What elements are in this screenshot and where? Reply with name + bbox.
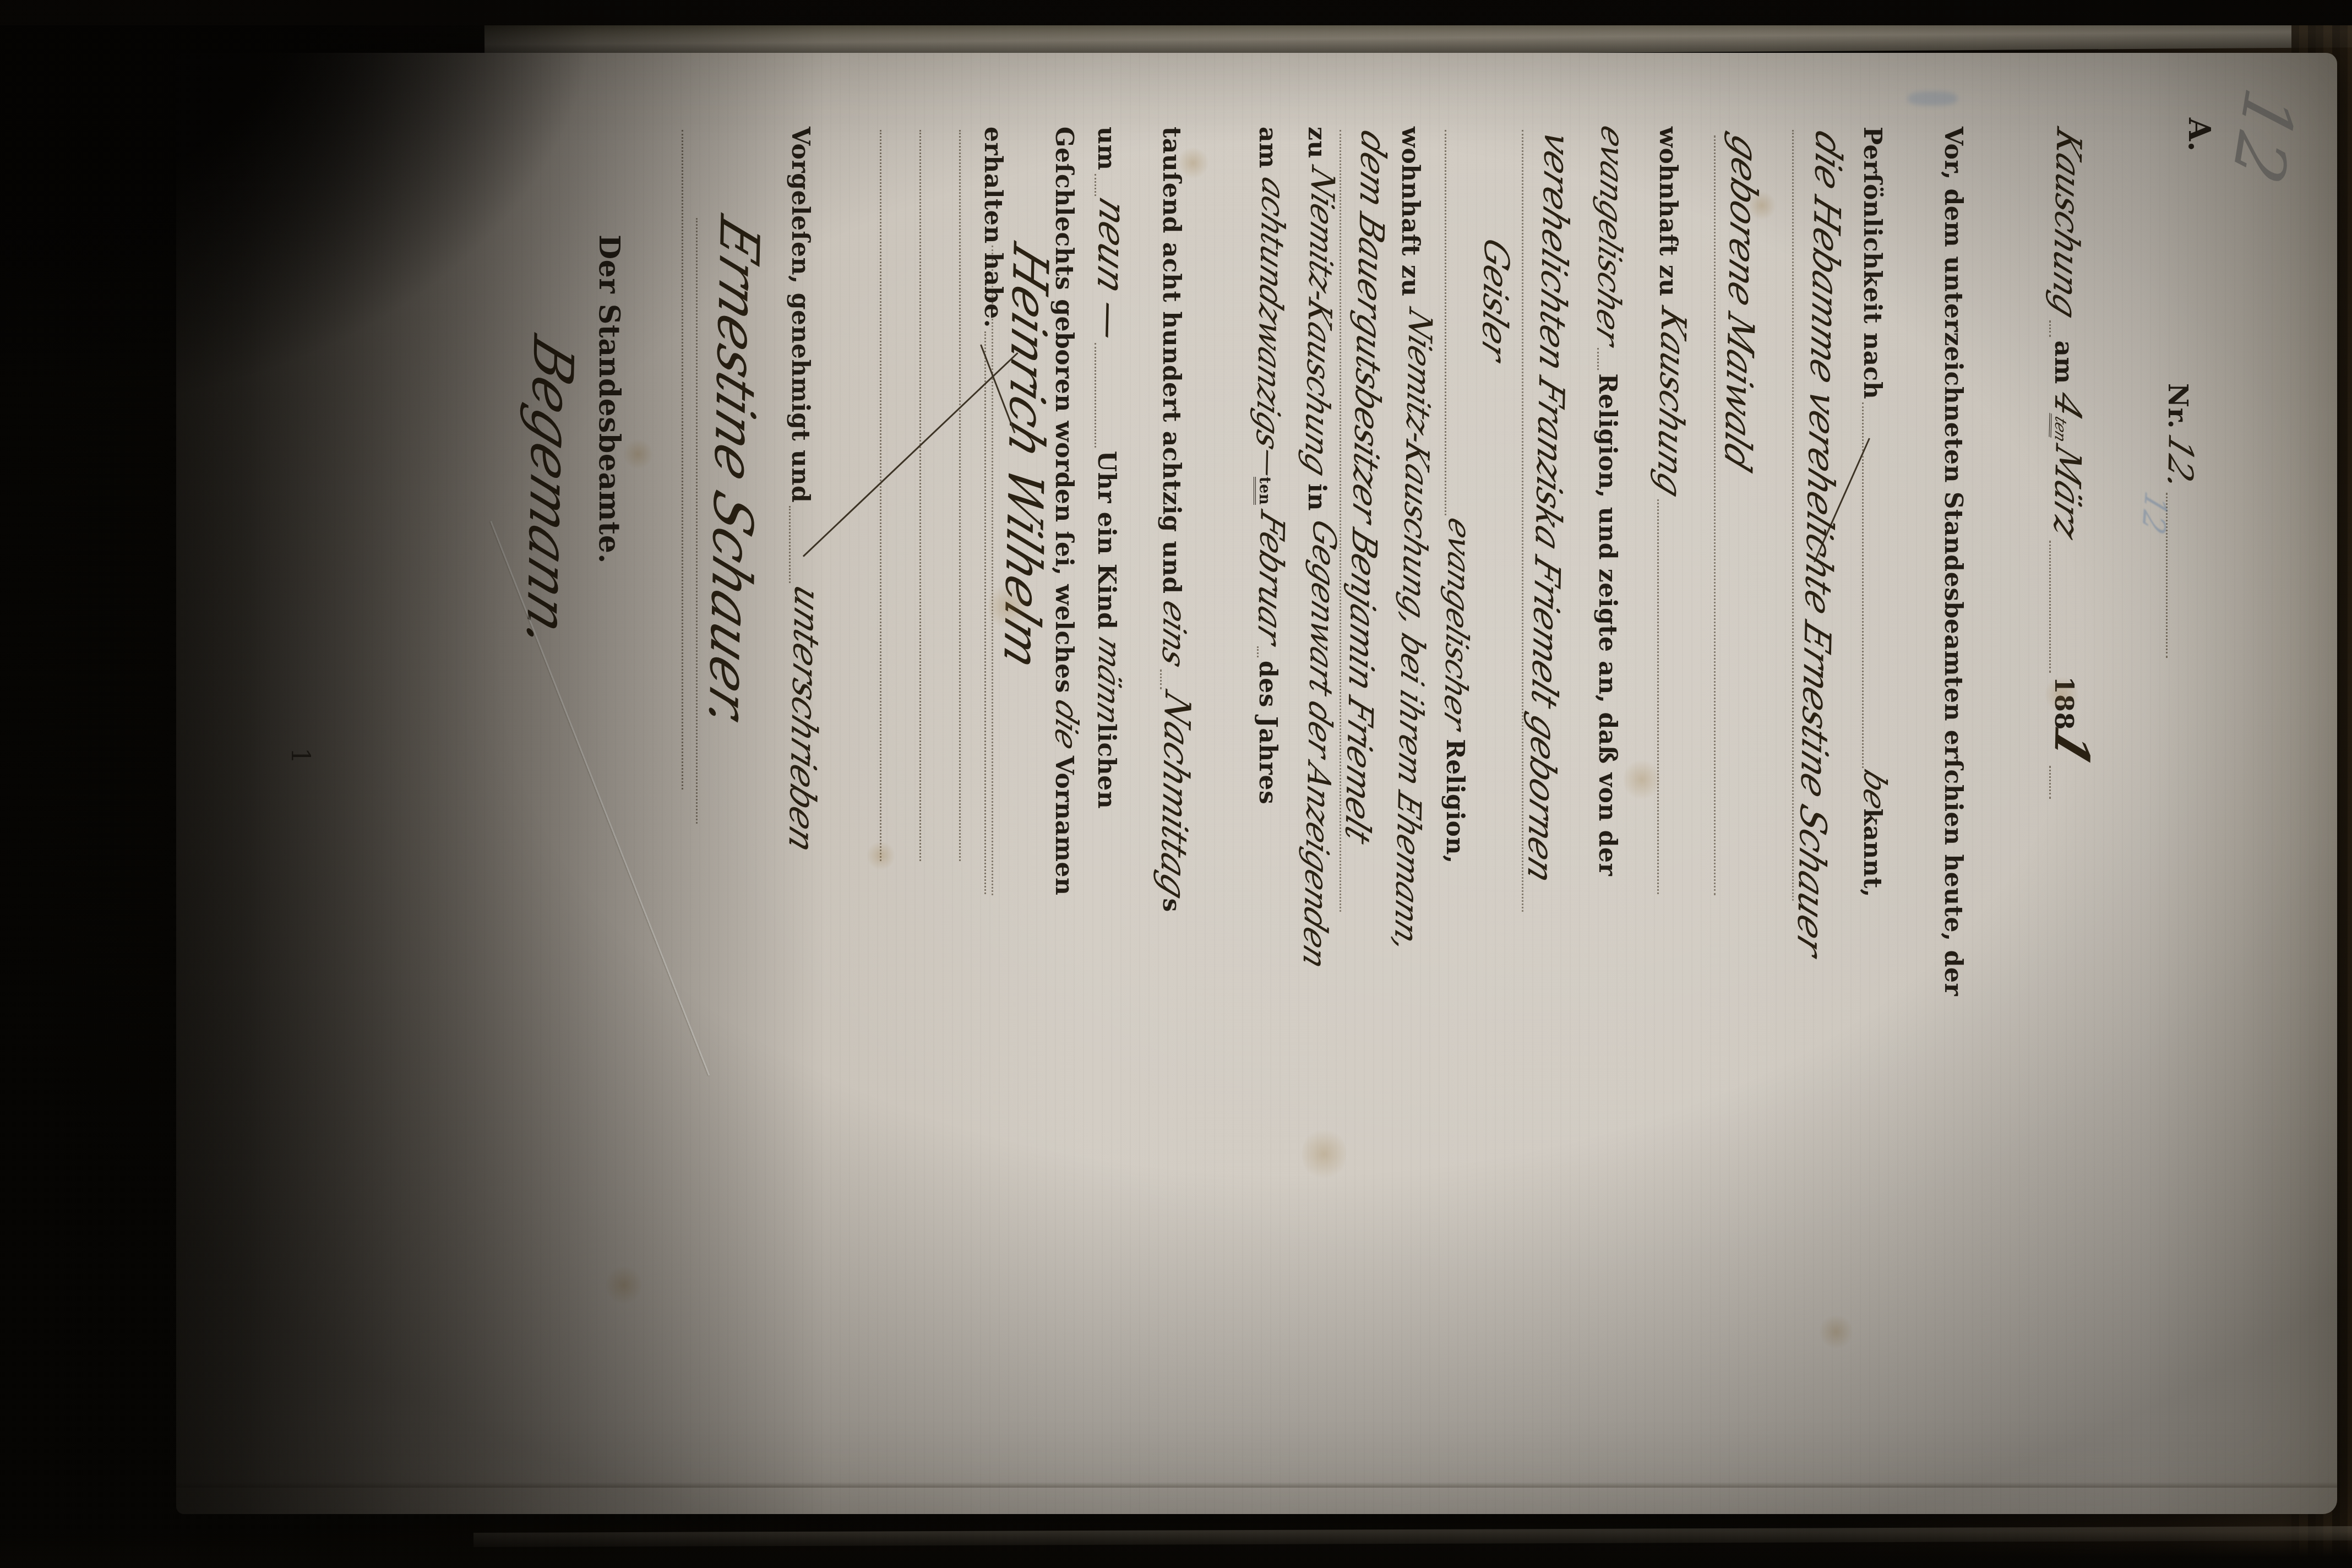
nr-label: Nr.	[2162, 383, 2193, 429]
erhalten-dots	[984, 331, 986, 894]
religion-printed: Religion,	[1441, 739, 1469, 864]
empty-dots-4	[682, 130, 683, 790]
declarant-signature-line: Ernestine Schauer.	[696, 218, 765, 824]
empty-rule-1	[954, 127, 961, 864]
daytime-hand: Nachmittag	[1152, 685, 1197, 906]
birthplace-line: zu Niemitz-Kauschung in Gegenwart der An…	[1301, 127, 1338, 914]
zu-label: zu	[1303, 127, 1331, 159]
foxing-stain	[606, 1264, 641, 1306]
empty-rule-3	[874, 127, 881, 864]
lichen-printed: lichen	[1092, 723, 1120, 809]
date-dots-2	[2049, 541, 2051, 673]
foxing-stain	[867, 840, 895, 871]
unterschrieben-hand: unterschrieben	[781, 579, 827, 858]
birth-hour-hand: neun —	[1087, 191, 1134, 348]
religion-zeigte-printed: Religion, und zeigte an, daß von der	[1593, 373, 1621, 876]
um-label: um	[1092, 127, 1120, 171]
mother-birthname-line: Geisler	[1476, 240, 1516, 360]
date-am-printed: am	[2049, 340, 2079, 384]
date-place-hand: Kauschung	[2045, 123, 2089, 325]
erhalten-printed: erhalten habe.	[979, 127, 1007, 328]
erhalten-line: erhalten habe.	[979, 127, 1007, 897]
year-word-hand: eins	[1155, 595, 1194, 674]
foxing-stain	[1820, 1314, 1853, 1350]
foxing-stain	[1624, 758, 1660, 802]
declarant-signature-hand: Ernestine Schauer.	[696, 208, 771, 739]
registrar-label-line: Der Standesbeamte.	[592, 235, 626, 564]
bottom-dark-band	[0, 1532, 2352, 1568]
bekannt-hand: be	[1856, 764, 1893, 815]
page-edge-fold	[176, 1482, 2337, 1488]
date-dots-1	[2049, 320, 2051, 337]
wohnhaft-zu-label: wohnhaft zu	[1654, 127, 1682, 297]
foxing-stain	[1178, 146, 1208, 179]
religion-dots	[1597, 348, 1599, 370]
date-day-suffix: ten	[2049, 412, 2070, 444]
foxing-stain	[988, 581, 1027, 631]
religion-zeigte-line: evangelischer Religion, und zeigte an, d…	[1592, 127, 1629, 914]
foxing-stain	[1302, 1126, 1346, 1182]
residence-dots	[1657, 499, 1659, 894]
declarant-birthname-line: geborene Maiwald	[1714, 135, 1762, 895]
empty-rule-4	[676, 127, 683, 793]
intro-line-text: Vor, dem unterzeichneten Standesbeamten …	[1939, 127, 1967, 996]
birthdate-dots	[1257, 646, 1259, 657]
photo-of-birth-register-page: { "annotations": { "pencil_number": "12"…	[0, 0, 2352, 1568]
birth-place-addition-hand: Gegenwart der Anzeigenden	[1296, 514, 1343, 974]
foxing-stain	[624, 438, 652, 470]
birth-month-hand: Februar	[1250, 505, 1291, 650]
registrar-label-text: Der Standesbeamte.	[592, 235, 626, 564]
top-dark-band	[0, 0, 2352, 25]
year-line-printed: tauſend acht hundert achtzig und	[1157, 127, 1185, 594]
birth-place-hand: Niemitz-Kauschung	[1298, 161, 1342, 482]
birth-day-hand: achtundzwanzigs	[1249, 172, 1292, 456]
mother-line-hand: verehelichten Franziska Friemelt geborne…	[1519, 125, 1577, 889]
pencil-entry-number: 12	[2217, 80, 2310, 193]
persoenlichkeit-dots	[1862, 402, 1864, 768]
foxing-stain	[1748, 190, 1776, 221]
registrar-signature-line: Begemann.	[518, 339, 582, 649]
form-corner-label: A.	[2182, 118, 2217, 152]
uhr-printed: Uhr ein Kind	[1092, 451, 1120, 630]
mother-religion-hand: evangelischer	[1437, 513, 1478, 736]
declarant-line-hand: die Hebamme verehelichte Ernestine Schau…	[1789, 125, 1850, 963]
in-label: in	[1303, 483, 1331, 511]
empty-dots-3	[880, 130, 881, 861]
persoenlichkeit-line: Perſönlichkeit nach be kannt,	[1856, 127, 1892, 897]
intro-line: Vor, dem unterzeichneten Standesbeamten …	[1939, 127, 1967, 996]
vorgelesen-dots	[789, 506, 791, 583]
hour-line: um neun — Uhr ein Kind männ lichen	[1089, 127, 1133, 930]
blue-pencil-smear	[1908, 91, 1957, 106]
empty-rule-2	[914, 127, 921, 864]
des-jahres-printed: des Jahres	[1254, 661, 1282, 804]
year-line: tauſend acht hundert achtzig und eins Na…	[1155, 127, 1195, 930]
corner-label-text: A.	[2182, 118, 2217, 152]
vorgelesen-line: Vorgeleſen, genehmigt und unterschrieben	[783, 127, 824, 1030]
father-line-hand: dem Bauergutsbesitzer Benjamin Friemelt	[1337, 125, 1393, 850]
mother-religion-dots	[1445, 130, 1446, 515]
mother-residence-line: wohnhaft zu Niemitz-Kauschung, bei ihrem…	[1395, 127, 1432, 914]
hour-dots-2	[1095, 343, 1096, 448]
am-label: am	[1254, 127, 1282, 168]
mother-residence-hand: Niemitz-Kauschung, bei ihrem Ehemann,	[1387, 303, 1440, 959]
persoenlichkeit-label: Perſönlichkeit nach	[1858, 127, 1886, 399]
mother-birthname-hand: Geisler	[1474, 232, 1517, 367]
father-line: dem Bauergutsbesitzer Benjamin Friemelt	[1340, 130, 1386, 912]
mother-religion-line: evangelischer Religion,	[1439, 127, 1475, 897]
register-page: 12 A. Nr. 12. 12 Kauschung am 4 ten März…	[176, 53, 2337, 1514]
vorgelesen-printed: Vorgeleſen, genehmigt und	[786, 127, 814, 503]
sex-hand: männ	[1090, 631, 1127, 731]
birthdate-line: am achtundzwanzigs — ten Februar des Jah…	[1251, 127, 1290, 930]
declarant-line: die Hebamme verehelichte Ernestine Schau…	[1792, 130, 1841, 901]
empty-dots-2	[919, 130, 921, 861]
ten-printed: ten	[1254, 477, 1273, 505]
wohnhaft-label2: wohnhaft zu	[1396, 127, 1424, 297]
date-dots-3	[2049, 766, 2051, 799]
declarant-residence-hand: Kauschung	[1649, 301, 1694, 503]
declarant-birthname-hand: geborene Maiwald	[1716, 128, 1766, 477]
mother-line: verehelichten Franziska Friemelt geborne…	[1522, 130, 1569, 912]
foxing-stain	[2045, 675, 2078, 714]
page-number: 1	[286, 748, 315, 764]
declarant-religion-hand: evangelischer	[1589, 120, 1632, 351]
page-number-text: 1	[286, 748, 315, 764]
nr-value-hand: 12.	[2160, 429, 2201, 497]
date-month-hand: März	[2045, 439, 2088, 546]
empty-dots-1	[959, 130, 961, 861]
bekannt-printed: kannt,	[1858, 808, 1886, 897]
